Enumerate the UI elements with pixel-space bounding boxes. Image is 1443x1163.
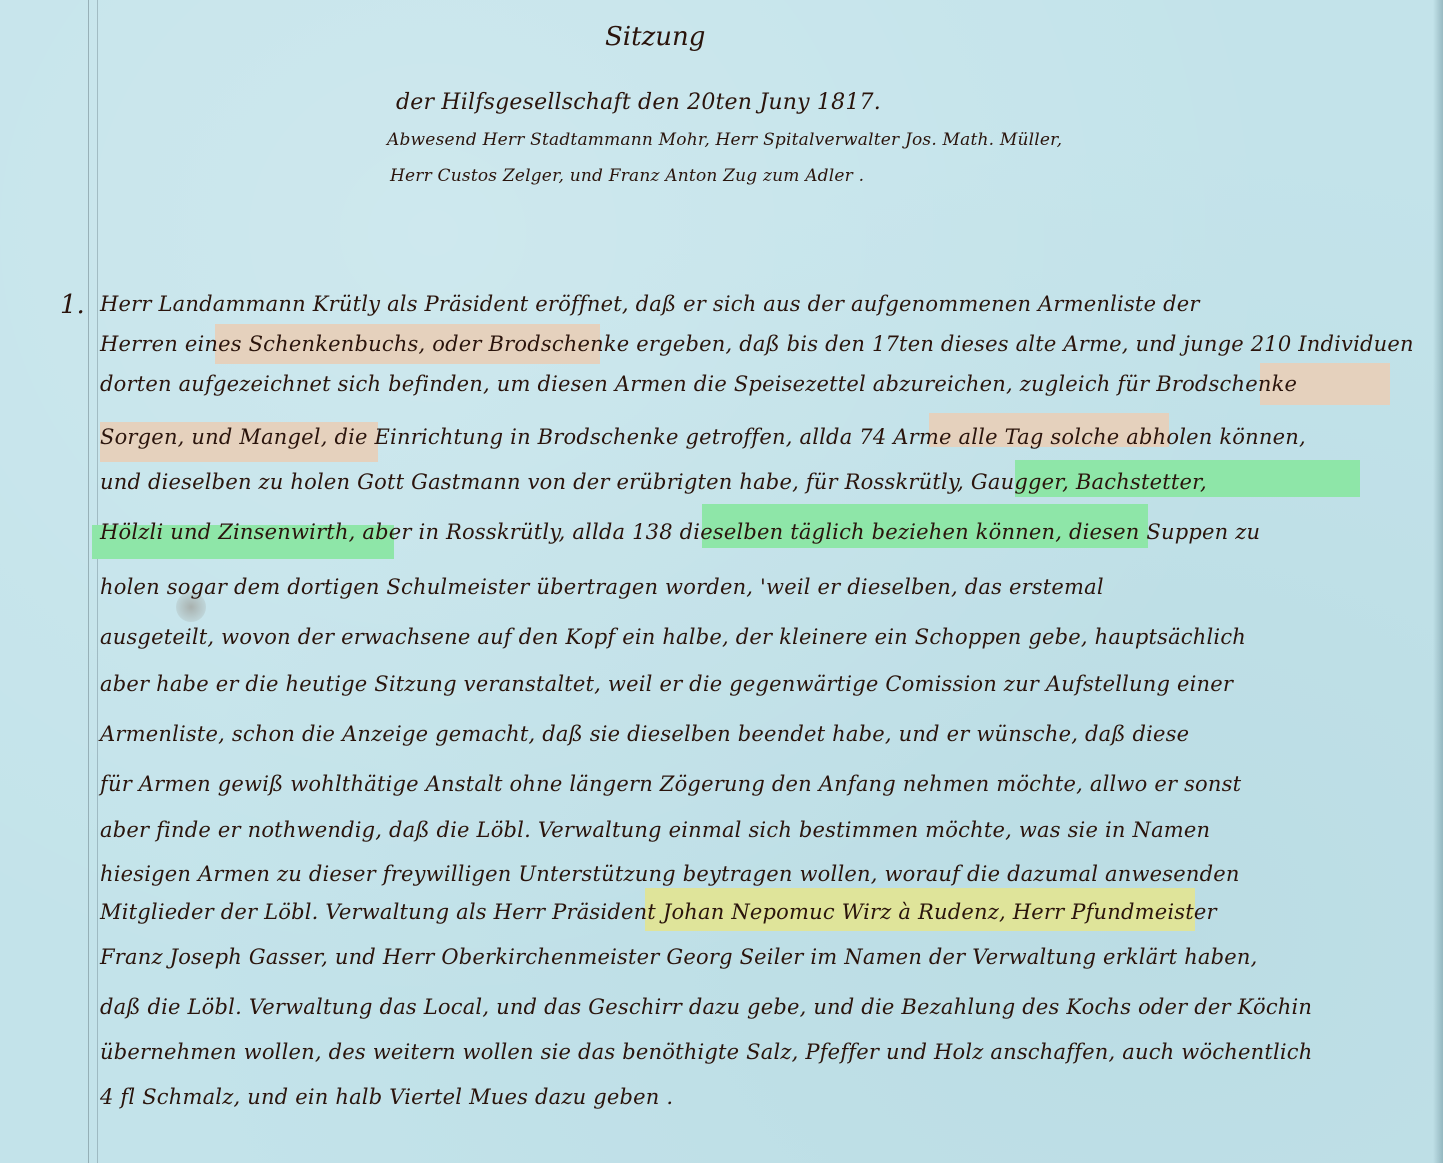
header-line-2: Abwesend Herr Stadtammann Mohr, Herr Spi… (387, 130, 1062, 150)
margin-pencil-line-2 (97, 0, 98, 1163)
document-title: Sitzung (605, 22, 705, 52)
body-line: Armenliste, schon die Anzeige gemacht, d… (100, 722, 1189, 746)
body-line: für Armen gewiß wohlthätige Anstalt ohne… (100, 772, 1241, 796)
header-line-3: Herr Custos Zelger, und Franz Anton Zug … (390, 166, 864, 186)
body-line: ausgeteilt, wovon der erwachsene auf den… (100, 625, 1246, 649)
manuscript-page: Sitzung der Hilfsgesellschaft den 20ten … (0, 0, 1443, 1163)
body-line: Hölzli und Zinsenwirth, aber in Rosskrüt… (100, 520, 1260, 544)
body-line: aber habe er die heutige Sitzung veranst… (100, 672, 1233, 696)
body-line: hiesigen Armen zu dieser freywilligen Un… (100, 862, 1240, 886)
body-line: Herr Landammann Krütly als Präsident erö… (100, 292, 1200, 316)
header-line-1: der Hilfsgesellschaft den 20ten Juny 181… (396, 90, 881, 115)
body-line: dorten aufgezeichnet sich befinden, um d… (100, 372, 1297, 396)
body-line: Sorgen, und Mangel, die Einrichtung in B… (100, 425, 1306, 449)
item-number: 1. (60, 290, 85, 320)
body-line: Herren eines Schenkenbuchs, oder Brodsch… (100, 332, 1414, 356)
body-line: aber finde er nothwendig, daß die Löbl. … (100, 818, 1210, 842)
body-line: 4 fl Schmalz, und ein halb Viertel Mues … (100, 1085, 673, 1109)
body-line: holen sogar dem dortigen Schulmeister üb… (100, 575, 1104, 599)
body-line: und dieselben zu holen Gott Gastmann von… (100, 470, 1207, 494)
body-line: Mitglieder der Löbl. Verwaltung als Herr… (100, 900, 1217, 924)
body-line: Franz Joseph Gasser, und Herr Oberkirche… (100, 945, 1258, 969)
body-line: übernehmen wollen, des weitern wollen si… (100, 1040, 1312, 1064)
page-edge-shadow (1433, 0, 1443, 1163)
body-line: daß die Löbl. Verwaltung das Local, und … (100, 995, 1312, 1019)
margin-pencil-line (88, 0, 89, 1163)
